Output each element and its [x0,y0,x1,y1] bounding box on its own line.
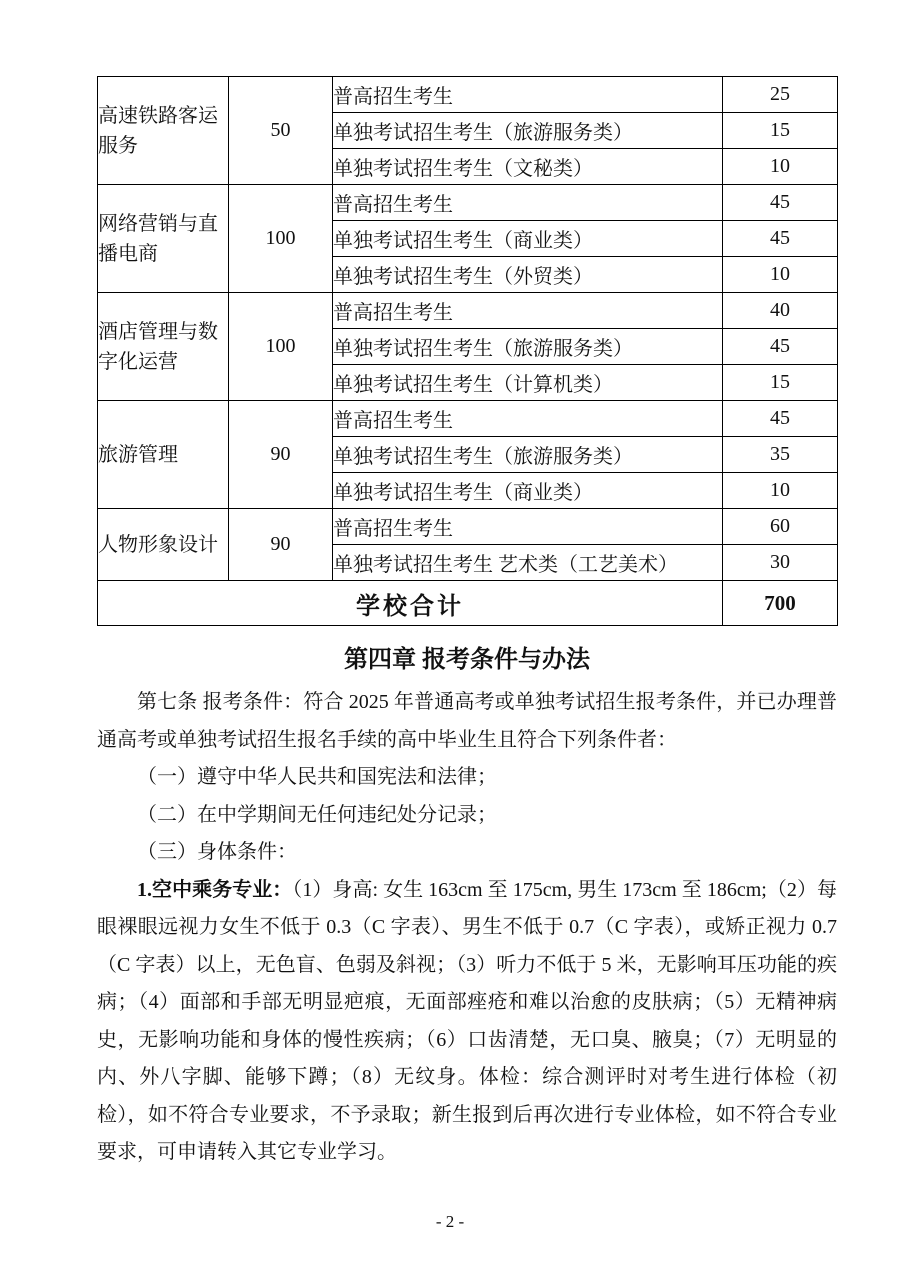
category-cell: 普高招生考生 [333,509,723,545]
category-cell: 单独考试招生考生（外贸类） [333,257,723,293]
table-row: 酒店管理与数字化运营 100 普高招生考生 40 [98,293,838,329]
category-cell: 单独考试招生考生（商业类） [333,473,723,509]
category-cell: 单独考试招生考生（旅游服务类） [333,437,723,473]
category-cell: 单独考试招生考生（旅游服务类） [333,113,723,149]
major-total-cell: 50 [229,77,333,185]
count-cell: 35 [723,437,838,473]
condition-item-1: （一）遵守中华人民共和国宪法和法律； [97,759,837,797]
page-number: - 2 - [0,1212,900,1232]
document-page: 高速铁路客运服务 50 普高招生考生 25 单独考试招生考生（旅游服务类） 15… [0,0,900,1273]
table-total-row: 学校合计 700 [98,581,838,626]
condition-item-3: （三）身体条件： [97,834,837,872]
count-cell: 40 [723,293,838,329]
count-cell: 45 [723,401,838,437]
table-row: 网络营销与直播电商 100 普高招生考生 45 [98,185,838,221]
paragraph-article7: 第七条 报考条件：符合 2025 年普通高考或单独考试招生报考条件，并已办理普通… [97,684,837,759]
table-row: 旅游管理 90 普高招生考生 45 [98,401,838,437]
school-total-value: 700 [723,581,838,626]
chapter-heading: 第四章 报考条件与办法 [97,642,837,678]
major-name-cell: 人物形象设计 [98,509,229,581]
table-row: 高速铁路客运服务 50 普高招生考生 25 [98,77,838,113]
count-cell: 15 [723,365,838,401]
category-cell: 单独考试招生考生（文秘类） [333,149,723,185]
major-total-cell: 90 [229,509,333,581]
category-cell: 单独考试招生考生（计算机类） [333,365,723,401]
paragraph-aircrew-requirements: 1.空中乘务专业：（1）身高: 女生 163cm 至 175cm, 男生 173… [97,872,837,1172]
major-total-cell: 100 [229,293,333,401]
table-row: 人物形象设计 90 普高招生考生 60 [98,509,838,545]
category-cell: 普高招生考生 [333,401,723,437]
count-cell: 30 [723,545,838,581]
category-cell: 单独考试招生考生（旅游服务类） [333,329,723,365]
major-name-cell: 旅游管理 [98,401,229,509]
condition-item-2: （二）在中学期间无任何违纪处分记录； [97,797,837,835]
category-cell: 普高招生考生 [333,293,723,329]
count-cell: 45 [723,329,838,365]
major-name-cell: 酒店管理与数字化运营 [98,293,229,401]
count-cell: 15 [723,113,838,149]
major-total-cell: 100 [229,185,333,293]
category-cell: 单独考试招生考生 艺术类（工艺美术） [333,545,723,581]
count-cell: 10 [723,149,838,185]
major-name-cell: 高速铁路客运服务 [98,77,229,185]
enrollment-quota-table: 高速铁路客运服务 50 普高招生考生 25 单独考试招生考生（旅游服务类） 15… [97,76,838,626]
aircrew-requirements-text: （1）身高: 女生 163cm 至 175cm, 男生 173cm 至 186c… [97,879,837,1164]
count-cell: 45 [723,185,838,221]
school-total-label: 学校合计 [98,581,723,626]
category-cell: 普高招生考生 [333,185,723,221]
major-name-cell: 网络营销与直播电商 [98,185,229,293]
category-cell: 单独考试招生考生（商业类） [333,221,723,257]
major-total-cell: 90 [229,401,333,509]
aircrew-lead-label: 1.空中乘务专业： [137,879,292,901]
count-cell: 25 [723,77,838,113]
category-cell: 普高招生考生 [333,77,723,113]
page-content: 高速铁路客运服务 50 普高招生考生 25 单独考试招生考生（旅游服务类） 15… [97,76,837,1172]
count-cell: 10 [723,257,838,293]
count-cell: 45 [723,221,838,257]
count-cell: 60 [723,509,838,545]
count-cell: 10 [723,473,838,509]
